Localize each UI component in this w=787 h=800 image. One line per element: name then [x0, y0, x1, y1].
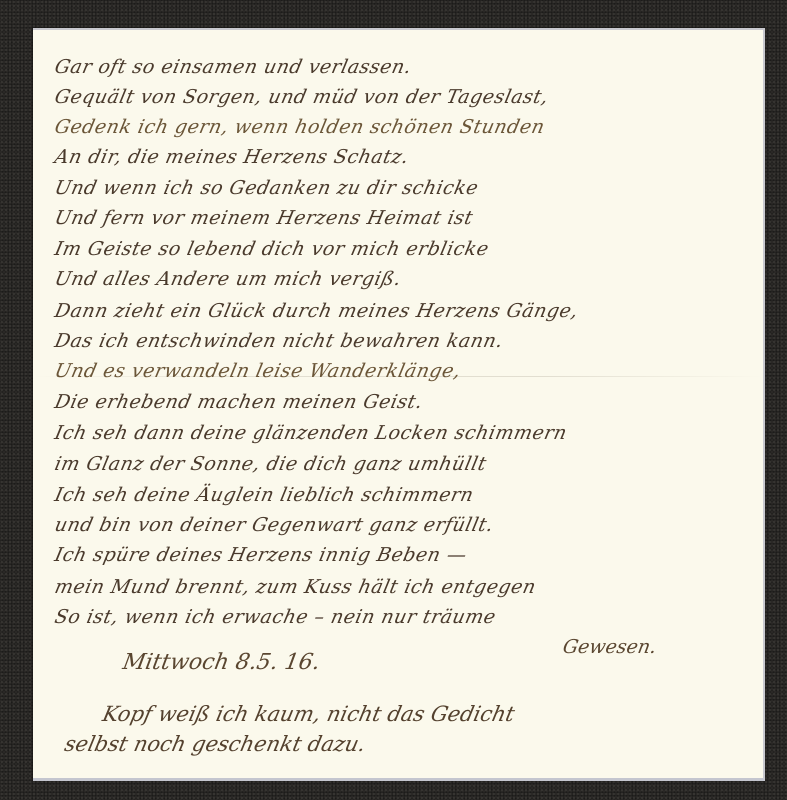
- date-line: Mittwoch 8.5. 16.: [121, 650, 322, 675]
- letter-line-7: Im Geiste so lebend dich vor mich erblic…: [53, 238, 491, 260]
- letter-line-14: im Glanz der Sonne, die dich ganz umhüll…: [53, 453, 489, 475]
- letter-line-8: Und alles Andere um mich vergiß.: [53, 268, 404, 290]
- letter-line-3: Gedenk ich gern, wenn holden schönen Stu…: [53, 116, 547, 138]
- letter-line-12: Die erhebend machen meinen Geist.: [53, 391, 425, 413]
- letter-line-5: Und wenn ich so Gedanken zu dir schicke: [53, 177, 481, 199]
- letter-line-4: An dir, die meines Herzens Schatz.: [53, 146, 411, 168]
- letter-line-18: mein Mund brennt, zum Kuss hält ich entg…: [53, 576, 538, 598]
- postscript-line-2: selbst noch geschenkt dazu.: [62, 732, 367, 756]
- letter-line-13: Ich seh dann deine glänzenden Locken sch…: [53, 422, 569, 444]
- letter-line-1: Gar oft so einsamen und verlassen.: [53, 56, 414, 78]
- letter-page: Gar oft so einsamen und verlassen. Gequä…: [33, 28, 765, 781]
- letter-line-11: Und es verwandeln leise Wanderklänge,: [53, 360, 463, 382]
- letter-line-10: Das ich entschwinden nicht bewahren kann…: [53, 330, 506, 352]
- letter-line-19: So ist, wenn ich erwache – nein nur träu…: [53, 606, 498, 628]
- postscript-line-1: Kopf weiß ich kaum, nicht das Gedicht: [100, 702, 516, 726]
- letter-line-2: Gequält von Sorgen, und müd von der Tage…: [53, 86, 551, 108]
- letter-line-9: Dann zieht ein Glück durch meines Herzen…: [53, 300, 581, 322]
- letter-line-16: und bin von deiner Gegenwart ganz erfüll…: [53, 514, 496, 536]
- signature: Gewesen.: [561, 636, 658, 658]
- letter-line-15: Ich seh deine Äuglein lieblich schimmern: [53, 484, 476, 506]
- letter-line-6: Und fern vor meinem Herzens Heimat ist: [53, 207, 475, 229]
- letter-line-17: Ich spüre deines Herzens innig Beben —: [53, 544, 469, 566]
